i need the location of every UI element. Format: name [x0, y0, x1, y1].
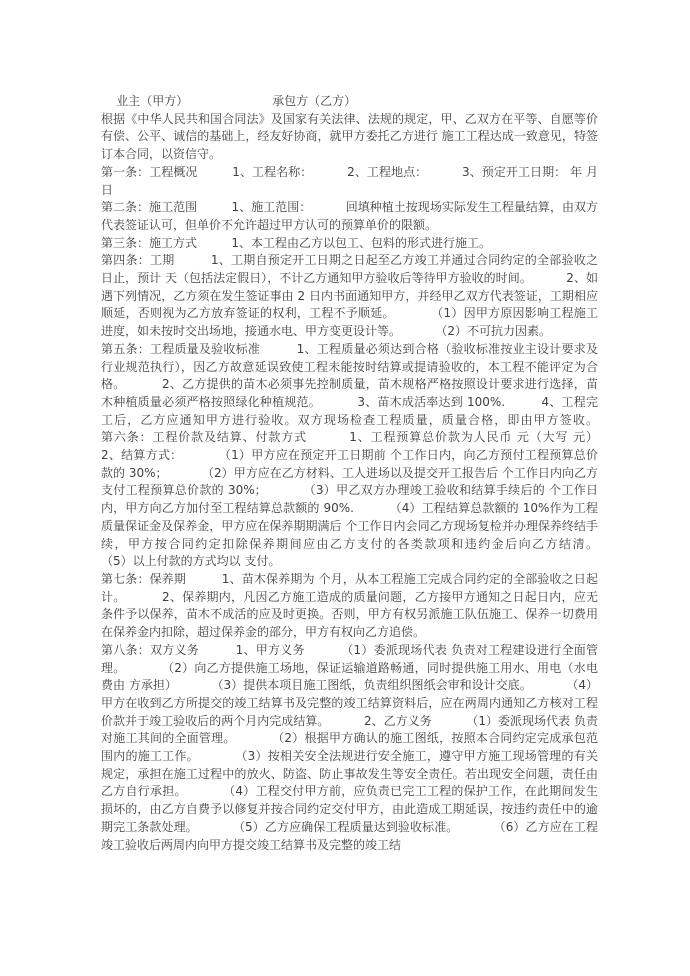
- clause-3-construction-method: 第三条：施工方式 1、本工程由乙方以包工、包料的形式进行施工。: [101, 235, 598, 253]
- contract-document-page: 业主（甲方） 承包方（乙方） 根据《中华人民共和国合同法》及国家有关法律、法规的…: [0, 0, 690, 976]
- clause-1-project-overview: 第一条：工程概况 1、工程名称： 2、工程地点： 3、预定开工日期： 年 月 日: [101, 164, 598, 199]
- clause-2-construction-scope: 第二条：施工范围 1、施工范围： 回填种植土按现场实际发生工程量结算，由双方代表…: [101, 199, 598, 234]
- preamble-paragraph: 根据《中华人民共和国合同法》及国家有关法律、法规的规定，甲、乙双方在平等、自愿等…: [101, 111, 598, 164]
- clause-5-quality-and-clause-6-payment: 第五条：工程质量及验收标准 1、工程质量必须达到合格（验收标准按业主设计要求及行…: [101, 341, 598, 571]
- clause-8-obligations: 第八条：双方义务 1、甲方义务 （1）委派现场代表 负责对工程建设进行全面管理。…: [101, 642, 598, 854]
- parties-line: 业主（甲方） 承包方（乙方）: [101, 93, 598, 111]
- clause-4-construction-period: 第四条：工期 1、工期自预定开工日期之日起至乙方竣工并通过合同约定的全部验收之日…: [101, 252, 598, 341]
- clause-7-maintenance-period: 第七条：保养期 1、苗木保养期为 个月，从本工程施工完成合同约定的全部验收之日起…: [101, 571, 598, 642]
